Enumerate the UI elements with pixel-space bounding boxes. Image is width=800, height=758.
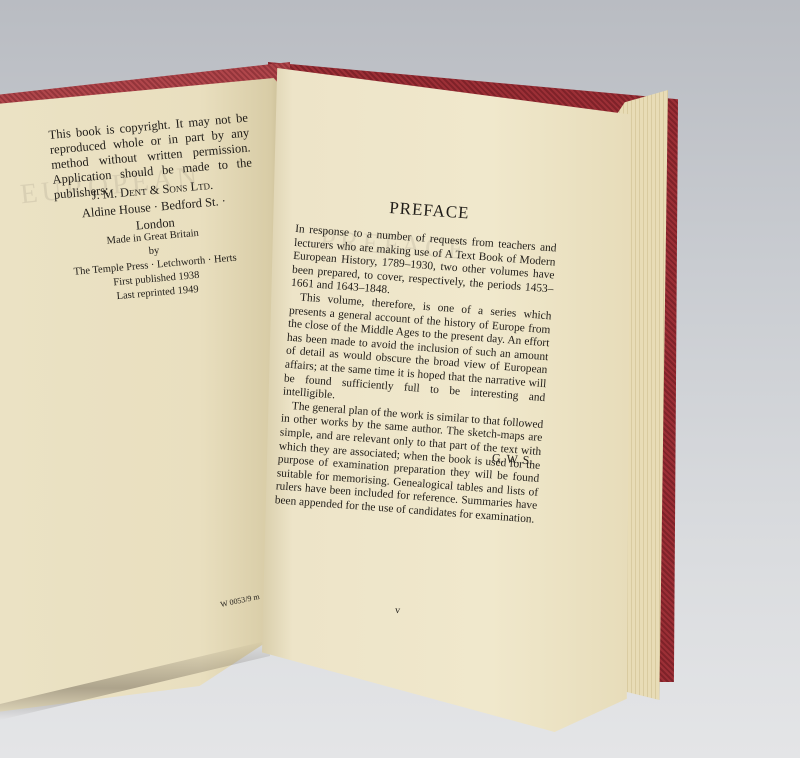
book-photo: EUROPEAN PREFACE This book is copyright.… <box>0 0 800 758</box>
printer-block: Made in Great Britain by The Temple Pres… <box>70 224 240 308</box>
preface-paragraph: This volume, therefore, is one of a seri… <box>282 291 551 419</box>
page-number: v <box>395 605 401 616</box>
preface-body: In response to a number of requests from… <box>274 205 558 527</box>
author-initials: G. W. S. <box>492 451 533 469</box>
